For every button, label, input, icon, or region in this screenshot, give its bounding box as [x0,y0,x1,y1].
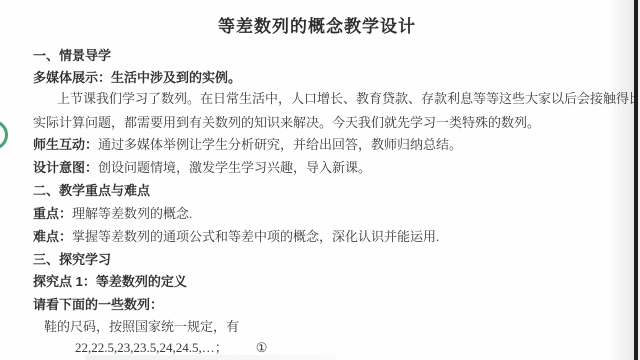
document-title: 等差数列的概念教学设计 [0,12,634,37]
floating-widget-button[interactable] [0,120,8,150]
cutoff-next-line [85,355,335,360]
design-intent-label: 设计意图： [33,160,98,175]
design-intent-text: 创设问题情境，激发学生学习兴趣，导入新课。 [98,160,371,175]
paragraph-line-1: 上节课我们学习了数列。在日常生活中，人口增长、教育贷款、存款利息等等这些大家以后… [57,88,640,107]
key-point-label: 重点： [33,206,72,221]
sequence-number-badge: ① [256,340,268,356]
explore-point-heading: 探究点 1：等差数列的定义 [33,271,187,290]
paragraph-line-2: 实际计算问题，都需要用到有关数列的知识来解决。今天我们就先学习一类特殊的数列。 [33,112,540,131]
section3-heading: 三、探究学习 [33,249,111,268]
design-intent-line: 设计意图：创设问题情境，激发学生学习兴趣，导入新课。 [33,157,371,176]
section1-heading: 一、情景导学 [33,45,111,64]
teacher-student-line: 师生互动：通过多媒体举例让学生分析研究，并给出回答，教师归纳总结。 [33,134,462,153]
key-point-text: 理解等差数列的概念. [72,206,192,221]
teacher-student-label: 师生互动： [33,137,98,152]
document-page: 等差数列的概念教学设计 一、情景导学 多媒体展示：生活中涉及到的实例。 上节课我… [0,0,640,360]
shoe-size-example: 鞋的尺码，按照国家统一规定，有 [44,316,239,335]
difficulty-line: 难点：掌握等差数列的通项公式和等差中项的概念，深化认识并能运用. [33,226,439,245]
key-point-line: 重点：理解等差数列的概念. [33,203,192,222]
media-display-label: 多媒体展示： [33,70,111,85]
sequence-prompt: 请看下面的一些数列： [33,294,163,313]
section2-heading: 二、教学重点与难点 [33,180,150,199]
difficulty-label: 难点： [33,229,72,244]
sequence-line: 22,22.5,23,23.5,24,24.5,…；① [75,337,267,356]
right-edge-shadow [608,0,634,360]
sequence-values: 22,22.5,23,23.5,24,24.5,…； [75,340,228,355]
difficulty-text: 掌握等差数列的通项公式和等差中项的概念，深化认识并能运用. [72,229,439,244]
media-display-line: 多媒体展示：生活中涉及到的实例。 [33,67,241,86]
media-display-text: 生活中涉及到的实例。 [111,70,241,85]
teacher-student-text: 通过多媒体举例让学生分析研究，并给出回答，教师归纳总结。 [98,137,462,152]
